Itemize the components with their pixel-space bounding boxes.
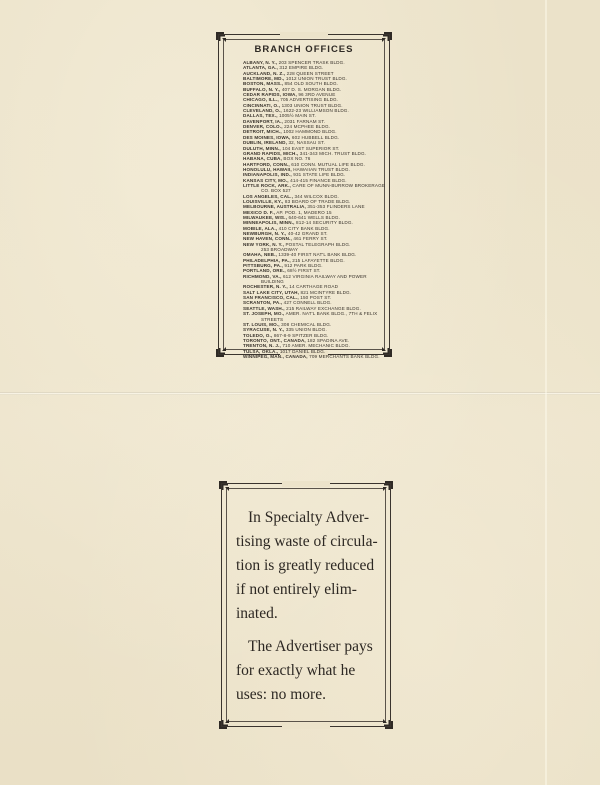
branch-address: 341-343 Mich. Trust Bldg.	[300, 151, 366, 156]
branch-address: Box No. 76	[283, 156, 310, 161]
branch-city: DUBLIN, Ireland,	[243, 140, 287, 145]
branch-city: BOSTON, Mass.,	[243, 81, 283, 86]
branch-address: Hawaiian Trust Bldg.	[293, 167, 350, 172]
branch-city: PHILADELPHIA, Pa.,	[243, 258, 291, 263]
corner-ornament-icon	[219, 481, 233, 495]
branch-address: Postal Telegraph Bldg.	[285, 242, 350, 247]
branch-city: NEWBURGH, N. Y.,	[243, 231, 286, 236]
branch-address: 14 Carthage Road	[289, 284, 338, 289]
branch-city: DAVENPORT, Ia.,	[243, 119, 283, 124]
branch-city: DENVER, Colo.,	[243, 124, 283, 129]
branch-address: 1017 Daniel Bldg.	[280, 349, 326, 354]
frame-top-gap	[282, 481, 329, 487]
branch-address: 461 Ferry St.	[293, 236, 327, 241]
branch-city: AUCKLAND, N. Z.,	[243, 71, 285, 76]
branch-city: MOBILE, Ala.,	[243, 226, 277, 231]
branch-city: SEATTLE, Wash.,	[243, 306, 285, 311]
corner-ornament-icon	[379, 715, 393, 729]
branch-address: 710 Amer. Mechanic Bldg.	[282, 343, 350, 348]
branch-address: 203 Spencer Trask Bldg.	[279, 60, 345, 65]
branch-city: LOS ANGELES, Cal.,	[243, 194, 293, 199]
branch-address: 215 Lafayette Bldg.	[292, 258, 345, 263]
corner-ornament-icon	[216, 343, 230, 357]
branch-address: 215 Railway Exchange Bldg.	[286, 306, 361, 311]
branch-city: ALBANY, N. Y.,	[243, 60, 277, 65]
advertising-copy: In Specialty Adver-tising waste of circu…	[236, 506, 380, 707]
branch-city: NEW HAVEN, Conn.,	[243, 236, 292, 241]
branch-city: CEDAR RAPIDS, Iowa,	[243, 92, 297, 97]
branch-city: CHICAGO, Ill.,	[243, 97, 279, 102]
branch-address: 612 Virginia Railway and Power	[283, 274, 367, 279]
branch-address: 854 Old South Bldg.	[284, 81, 338, 86]
ad-line: tising waste of circula-	[236, 530, 380, 554]
ad-line: inated.	[236, 602, 380, 626]
branch-address: 407 D. S. Morgan Bldg.	[282, 87, 341, 92]
frame-top-gap	[280, 32, 328, 38]
branch-offices-panel: BRANCH OFFICES ALBANY, N. Y., 203 Spence…	[218, 34, 390, 355]
branch-city: ST. LOUIS, Mo.,	[243, 322, 280, 327]
branch-city: LOUISVILLE, Ky.,	[243, 199, 283, 204]
corner-ornament-icon	[219, 715, 233, 729]
branch-city: OMAHA, Neb.,	[243, 252, 277, 257]
ad-line: uses: no more.	[236, 683, 380, 707]
branch-address: 68½ First St.	[287, 268, 320, 273]
branch-city: ROCHESTER, N. Y.,	[243, 284, 288, 289]
branch-address: 931 State Life Bldg.	[293, 172, 345, 177]
branch-city: TULSA, Okla.,	[243, 349, 278, 354]
vertical-fold-line	[545, 0, 547, 785]
branch-city: TOLEDO, O.,	[243, 333, 272, 338]
branch-address: 344 Wilcox Bldg.	[294, 194, 339, 199]
frame-bottom-gap	[282, 723, 329, 729]
ad-paragraph: In Specialty Adver-tising waste of circu…	[236, 506, 380, 626]
branch-offices-list: ALBANY, N. Y., 203 Spencer Trask Bldg.AT…	[243, 60, 381, 359]
branch-address: 602 Hubbell Bldg.	[292, 135, 339, 140]
branch-address: 312 Empire Bldg.	[279, 65, 323, 70]
branch-city: ST. JOSEPH, Mo.,	[243, 311, 284, 316]
branch-address: 1012 Union Trust Bldg.	[286, 76, 347, 81]
branch-city: MEXICO D. F.,	[243, 210, 275, 215]
branch-address: 182 Spadina Ave.	[307, 338, 349, 343]
branch-city: BALTIMORE, Md.,	[243, 76, 284, 81]
corner-ornament-icon	[379, 481, 393, 495]
branch-city: PORTLAND, Ore.,	[243, 268, 286, 273]
branch-address: 1005½ Main St.	[279, 113, 316, 118]
branch-city: SAN FRANCISCO, Cal.,	[243, 295, 299, 300]
branch-address: 335 Union Bldg.	[286, 327, 327, 332]
branch-city: HABANA, Cuba,	[243, 156, 282, 161]
branch-office-entry: ST. JOSEPH, Mo., Amer. Nat'l Bank Bldg.,…	[243, 311, 381, 322]
branch-city: DES MOINES, Iowa,	[243, 135, 290, 140]
branch-city: TORONTO, Ont., Canada,	[243, 338, 306, 343]
branch-office-entry: WINNIPEG, Man., Canada, 709 Merchants Ba…	[243, 354, 381, 359]
paper-background: BRANCH OFFICES ALBANY, N. Y., 203 Spence…	[0, 0, 600, 785]
advertising-panel: In Specialty Adver-tising waste of circu…	[221, 483, 391, 727]
branch-address: 32, Nassau St.	[288, 140, 325, 145]
branch-city: HONOLULU, Hawaii,	[243, 167, 292, 172]
ad-line: The Advertiser pays	[236, 635, 380, 659]
ad-paragraph: The Advertiser paysfor exactly what heus…	[236, 635, 380, 707]
branch-address: 2031 Farnam St.	[284, 119, 325, 124]
branch-office-entry: NEW YORK, N. Y., Postal Telegraph Bldg.2…	[243, 242, 381, 253]
branch-address: 705 Advertising Bldg.	[280, 97, 338, 102]
branch-city: MILWAUKEE, Wis.,	[243, 215, 287, 220]
branch-address: 351-353 Flinders Lane	[307, 204, 364, 209]
branch-address: 709 Merchants Bank Bldg.	[309, 354, 379, 359]
branch-address: 410 City Bank Bldg.	[279, 226, 330, 231]
branch-city: WINNIPEG, Man., Canada,	[243, 354, 308, 359]
branch-address: 812-14 Security Bldg.	[296, 220, 353, 225]
branch-city: LITTLE ROCK, Ark.,	[243, 183, 291, 188]
ad-line: tion is greatly reduced	[236, 554, 380, 578]
branch-address: 40-42 Grand St.	[288, 231, 328, 236]
branch-address: 228 Queen Street	[287, 71, 334, 76]
branch-office-entry: LITTLE ROCK, Ark., Care of Munn-Burrow B…	[243, 183, 381, 194]
branch-city: SCRANTON, Pa.,	[243, 300, 282, 305]
branch-address: 610 Conn. Mutual Life Bldg.	[291, 162, 365, 167]
branch-city: CINCINNATI, O.,	[243, 103, 280, 108]
branch-city: NEW YORK, N. Y.,	[243, 242, 284, 247]
branch-city: KANSAS CITY, Mo.,	[243, 178, 289, 183]
branch-address: 1303 Union Trust Bldg.	[282, 103, 343, 108]
branch-city: DULUTH, Minn.,	[243, 146, 281, 151]
branch-address: 427 Connell Bldg.	[284, 300, 332, 305]
horizontal-fold-line	[0, 392, 600, 395]
branch-city: TRENTON, N. J.,	[243, 343, 281, 348]
branch-address: 224 McPhee Bldg.	[284, 124, 330, 129]
branch-city: SYRACUSE, N. Y.,	[243, 327, 284, 332]
ad-line: for exactly what he	[236, 659, 380, 683]
branch-city: INDIANAPOLIS, Ind.,	[243, 172, 292, 177]
branch-city: MELBOURNE, Australia,	[243, 204, 306, 209]
ad-line: In Specialty Adver-	[236, 506, 380, 530]
branch-address: 83 Board of Trade Bldg.	[285, 199, 351, 204]
branch-offices-title: BRANCH OFFICES	[219, 44, 389, 55]
branch-address: 867-8-9 Spitzer Bldg.	[274, 333, 329, 338]
branch-city: ATLANTA, Ga.,	[243, 65, 278, 70]
branch-office-entry: RICHMOND, Va., 612 Virginia Railway and …	[243, 274, 381, 285]
branch-city: GRAND RAPIDS, Mich.,	[243, 151, 298, 156]
branch-address: Ap. Pod. 1, Madero 15	[276, 210, 331, 215]
branch-address: 821 McIntyre Bldg.	[301, 290, 352, 295]
branch-address: Amer. Nat'l Bank Bldg., 7th & Felix	[286, 311, 378, 316]
branch-city: DALLAS, Tex.,	[243, 113, 278, 118]
branch-address: 1002 Hammond Bldg.	[283, 129, 337, 134]
ad-line: if not entirely elim-	[236, 578, 380, 602]
branch-address: 150 Post St.	[300, 295, 331, 300]
branch-city: DETROIT, Mich.,	[243, 129, 282, 134]
branch-address: 96 3rd Avenue	[298, 92, 335, 97]
branch-address: 104 East Superior St.	[282, 146, 339, 151]
branch-address: 414-415 Finance Bldg.	[290, 178, 347, 183]
branch-city: MINNEAPOLIS, Minn.,	[243, 220, 295, 225]
branch-address: 308 Chemical Bldg.	[281, 322, 331, 327]
branch-address: 640-641 Wells Bldg.	[288, 215, 340, 220]
branch-address: 1339-40 First Nat'l Bank Bldg.	[278, 252, 356, 257]
branch-city: SALT LAKE CITY, Utah,	[243, 290, 299, 295]
branch-city: HARTFORD, Conn.,	[243, 162, 290, 167]
branch-city: RICHMOND, Va.,	[243, 274, 282, 279]
branch-city: BUFFALO, N. Y.,	[243, 87, 280, 92]
branch-address: Care of Munn-Burrow Brokerage	[292, 183, 385, 188]
